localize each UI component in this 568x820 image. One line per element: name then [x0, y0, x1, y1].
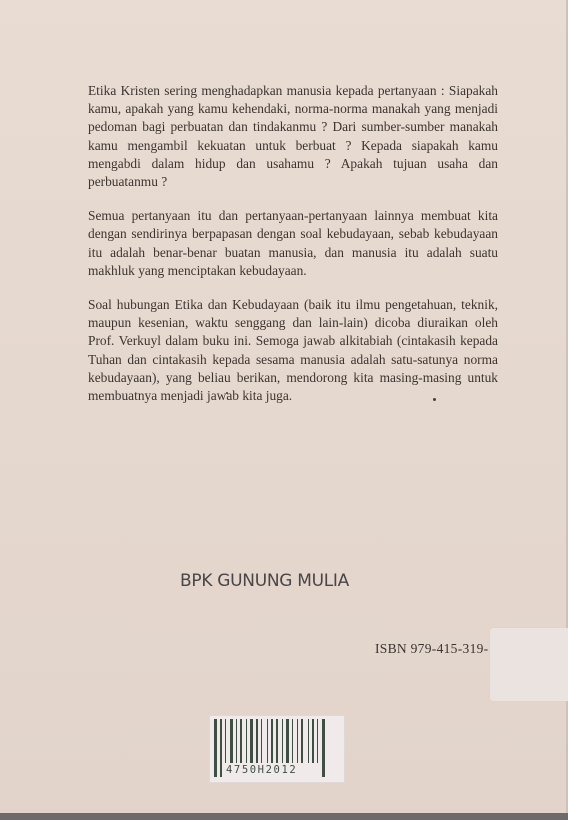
blurb-paragraph-2: Semua pertanyaan itu dan pertanyaan-pert…	[88, 207, 498, 280]
barcode-bar	[220, 719, 222, 777]
background-surface	[0, 813, 568, 820]
barcode-bar	[214, 719, 217, 777]
price-sticker	[490, 628, 568, 701]
barcode-bar	[322, 719, 325, 777]
book-back-cover: Etika Kristen sering menghadapkan manusi…	[0, 0, 568, 813]
blurb-paragraph-3: Soal hubungan Etika dan Kebudayaan (baik…	[88, 296, 498, 405]
blurb-text: Etika Kristen sering menghadapkan manusi…	[88, 82, 498, 421]
publisher-logo: BPK GUNUNG MULIA	[180, 571, 440, 591]
barcode-bar	[218, 719, 219, 777]
paper-speck	[226, 392, 228, 394]
paper-speck	[433, 398, 436, 401]
barcode: 4750H2012	[209, 715, 345, 783]
blurb-paragraph-1: Etika Kristen sering menghadapkan manusi…	[88, 82, 498, 191]
isbn-number: ISBN 979-415-319-	[375, 641, 488, 657]
barcode-digits: 4750H2012	[224, 763, 322, 777]
